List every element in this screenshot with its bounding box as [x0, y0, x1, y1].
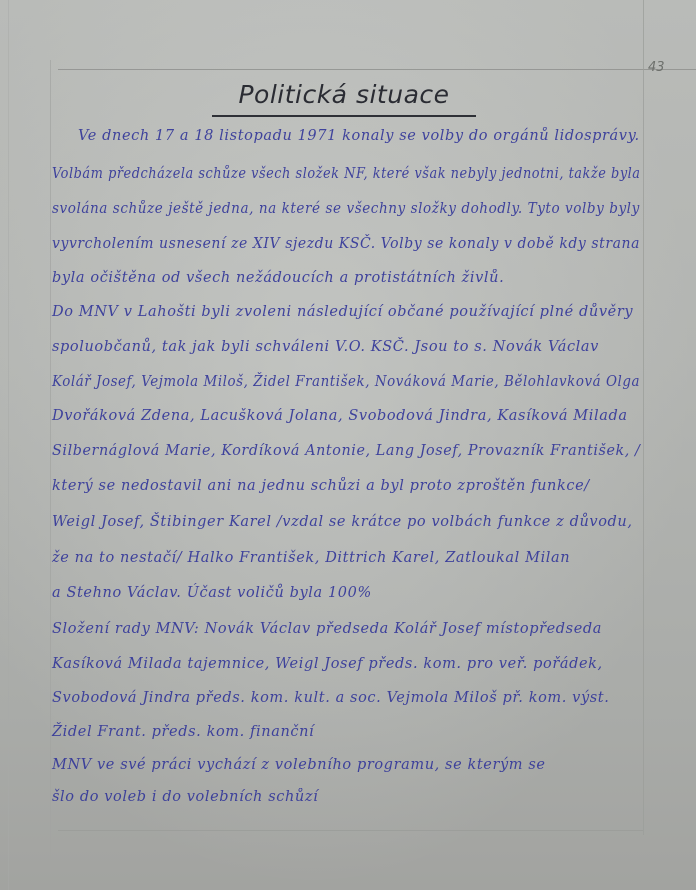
text-line: byla očištěna od všech nežádoucích a pro… — [52, 270, 504, 286]
text-line: Weigl Josef, Štibinger Karel /vzdal se k… — [52, 514, 633, 530]
text-line: vyvrcholením usnesení ze XIV sjezdu KSČ.… — [52, 236, 640, 252]
text-line: a Stehno Václav. Účast voličů byla 100% — [52, 585, 372, 601]
text-line: Židel Frant. předs. kom. finanční — [52, 724, 314, 740]
text-line: spoluobčanů, tak jak byli schváleni V.O.… — [52, 339, 599, 355]
text-line: Složení rady MNV: Novák Václav předseda … — [52, 621, 602, 637]
text-line: Do MNV v Lahošti byli zvoleni následujíc… — [52, 304, 633, 320]
title-underline — [212, 115, 476, 117]
text-line: Svobodová Jindra předs. kom. kult. a soc… — [52, 690, 609, 706]
text-line: svolána schůze ještě jedna, na které se … — [52, 201, 640, 217]
bottom-rule-line — [58, 830, 643, 831]
top-rule-line — [58, 69, 696, 70]
text-line: Volbám předcházela schůze všech složek N… — [52, 166, 641, 182]
left-margin-line — [50, 60, 51, 860]
text-line: Dvořáková Zdena, Lacušková Jolana, Svobo… — [52, 408, 628, 424]
text-line: Kolář Josef, Vejmola Miloš, Židel Franti… — [52, 374, 640, 390]
text-line: MNV ve své práci vychází z volebního pro… — [52, 757, 546, 773]
text-line: Silbernáglová Marie, Kordíková Antonie, … — [52, 443, 640, 459]
text-line: šlo do voleb i do volebních schůzí — [52, 789, 318, 805]
text-line: Ve dnech 17 a 18 listopadu 1971 konaly s… — [78, 128, 640, 144]
margin-line — [8, 0, 9, 890]
text-line: Kasíková Milada tajemnice, Weigl Josef p… — [52, 656, 603, 672]
text-line: který se nedostavil ani na jednu schůzi … — [52, 478, 590, 494]
document-page: 43 Politická situace Ve dnech 17 a 18 li… — [0, 0, 696, 890]
page-number: 43 — [648, 60, 665, 75]
right-margin-line — [643, 0, 644, 835]
text-line: že na to nestačí/ Halko František, Dittr… — [52, 550, 570, 566]
page-title: Politická situace — [212, 80, 476, 109]
